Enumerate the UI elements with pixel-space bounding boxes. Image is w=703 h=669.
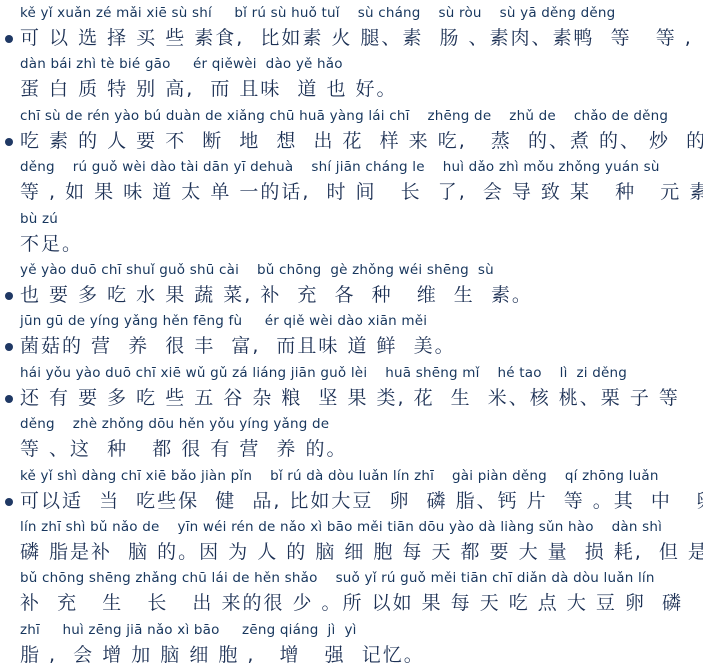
hanzi-line: 可 以 选 择 买 些 素食, 比如素 火 腿、素 肠 、素肉、素鸭 等 等 , (20, 24, 703, 53)
pinyin-line: děng rú guǒ wèi dào tài dān yī dehuà shí… (0, 156, 703, 178)
hanzi-line: 等 、这 种 都 很 有 营 养 的。 (20, 435, 703, 464)
hanzi-line: 菌菇的 营 养 很 丰 富, 而且味 道 鲜 美。 (20, 332, 703, 361)
bullet-item-baojianpin: kě yǐ shì dàng chī xiē bǎo jiàn pǐn bǐ r… (0, 465, 703, 669)
pinyin-line: chī sù de rén yào bú duàn de xiǎng chū h… (0, 105, 703, 127)
hanzi-line: 还 有 要 多 吃 些 五 谷 杂 粮 坚 果 类, 花 生 米、核 桃、栗 子… (20, 384, 703, 413)
pinyin-line: lín zhī shì bǔ nǎo de yīn wéi rén de nǎo… (0, 516, 703, 538)
hanzi-row: 可以适 当 吃些保 健 品, 比如大豆 卵 磷 脂、钙 片 等 。其 中 卵 (0, 487, 703, 516)
bullet-item-wugu: hái yǒu yào duō chī xiē wǔ gǔ zá liáng j… (0, 362, 703, 465)
hanzi-line: 补 充 生 长 出 来的很 少 。所 以如 果 每 天 吃 点 大 豆 卵 磷 (20, 589, 703, 618)
bullet-item-chisu: chī sù de rén yào bú duàn de xiǎng chū h… (0, 105, 703, 259)
hanzi-line: 磷 脂是补 脑 的。因 为 人 的 脑 细 胞 每 天 都 要 大 量 损 耗,… (20, 538, 703, 567)
pinyin-line: dàn bái zhì tè bié gāo ér qiěwèi dào yě … (0, 53, 703, 75)
document-page: kě yǐ xuǎn zé mǎi xiē sù shí bǐ rú sù hu… (0, 0, 703, 669)
hanzi-line: 脂 , 会 增 加 脑 细 胞 , 增 强 记忆。 (20, 641, 703, 669)
hanzi-row: 不足。 (0, 230, 703, 259)
hanzi-row: 吃 素 的 人 要 不 断 地 想 出 花 样 来 吃, 蒸 的、煮 的、 炒 … (0, 127, 703, 156)
pinyin-line: děng zhè zhǒng dōu hěn yǒu yíng yǎng de (0, 413, 703, 435)
hanzi-line: 也 要 多 吃 水 果 蔬 菜, 补 充 各 种 维 生 素。 (20, 281, 703, 310)
pinyin-line: kě yǐ shì dàng chī xiē bǎo jiàn pǐn bǐ r… (0, 465, 703, 487)
bullet-icon (5, 138, 13, 146)
pinyin-line: bǔ chōng shēng zhǎng chū lái de hěn shǎo… (0, 567, 703, 589)
hanzi-row: 补 充 生 长 出 来的很 少 。所 以如 果 每 天 吃 点 大 豆 卵 磷 (0, 589, 703, 618)
pinyin-line: hái yǒu yào duō chī xiē wǔ gǔ zá liáng j… (0, 362, 703, 384)
bullet-item-shuiguo: yě yào duō chī shuǐ guǒ shū cài bǔ chōng… (0, 259, 703, 310)
hanzi-row: 可 以 选 择 买 些 素食, 比如素 火 腿、素 肠 、素肉、素鸭 等 等 , (0, 24, 703, 53)
hanzi-row: 还 有 要 多 吃 些 五 谷 杂 粮 坚 果 类, 花 生 米、核 桃、栗 子… (0, 384, 703, 413)
hanzi-line: 等 , 如 果 味 道 太 单 一的话, 时 间 长 了, 会 导 致 某 种 … (20, 178, 703, 207)
hanzi-line: 不足。 (20, 230, 703, 259)
bullet-icon (5, 292, 13, 300)
pinyin-line: zhī huì zēng jiā nǎo xì bāo zēng qiáng j… (0, 619, 703, 641)
bullet-item-jungu: jūn gū de yíng yǎng hěn fēng fù ér qiě w… (0, 310, 703, 361)
hanzi-row: 菌菇的 营 养 很 丰 富, 而且味 道 鲜 美。 (0, 332, 703, 361)
hanzi-row: 脂 , 会 增 加 脑 细 胞 , 增 强 记忆。 (0, 641, 703, 669)
hanzi-line: 吃 素 的 人 要 不 断 地 想 出 花 样 来 吃, 蒸 的、煮 的、 炒 … (20, 127, 703, 156)
bullet-icon (5, 498, 13, 506)
bullet-icon (5, 395, 13, 403)
hanzi-row: 等 、这 种 都 很 有 营 养 的。 (0, 435, 703, 464)
bullet-icon (5, 35, 13, 43)
hanzi-line: 可以适 当 吃些保 健 品, 比如大豆 卵 磷 脂、钙 片 等 。其 中 卵 (20, 487, 703, 516)
hanzi-row: 等 , 如 果 味 道 太 单 一的话, 时 间 长 了, 会 导 致 某 种 … (0, 178, 703, 207)
hanzi-line: 蛋 白 质 特 别 高, 而 且味 道 也 好。 (20, 75, 703, 104)
pinyin-line: bù zú (0, 208, 703, 230)
bullet-item-sushi: kě yǐ xuǎn zé mǎi xiē sù shí bǐ rú sù hu… (0, 2, 703, 105)
pinyin-line: kě yǐ xuǎn zé mǎi xiē sù shí bǐ rú sù hu… (0, 2, 703, 24)
hanzi-row: 蛋 白 质 特 别 高, 而 且味 道 也 好。 (0, 75, 703, 104)
hanzi-row: 也 要 多 吃 水 果 蔬 菜, 补 充 各 种 维 生 素。 (0, 281, 703, 310)
bullet-icon (5, 343, 13, 351)
hanzi-row: 磷 脂是补 脑 的。因 为 人 的 脑 细 胞 每 天 都 要 大 量 损 耗,… (0, 538, 703, 567)
pinyin-line: yě yào duō chī shuǐ guǒ shū cài bǔ chōng… (0, 259, 703, 281)
pinyin-line: jūn gū de yíng yǎng hěn fēng fù ér qiě w… (0, 310, 703, 332)
